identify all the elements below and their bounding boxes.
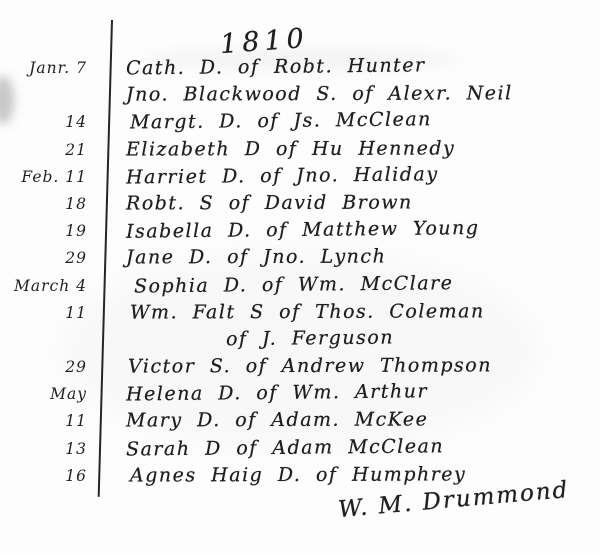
register-entry-row: 14 Margt. D. of Js. McClean: [0, 110, 600, 137]
entry-text: Robt. S of David Brown: [100, 191, 413, 214]
entry-text: Cath. D. of Robt. Hunter: [100, 54, 426, 79]
entry-date: Feb. 11: [0, 168, 100, 186]
register-entry-row: 29 Victor S. of Andrew Thompson: [0, 355, 600, 382]
entry-date: 29: [0, 249, 100, 267]
register-entry-row: 11 Wm. Falt S of Thos. Coleman: [0, 301, 600, 328]
entry-date: 19: [0, 222, 100, 240]
entry-date: 14: [0, 113, 100, 131]
register-page: 1810 Janr. 7 Cath. D. of Robt. Hunter Jn…: [0, 0, 600, 553]
entry-date: 11: [0, 412, 100, 430]
entry-text: Agnes Haig D. of Humphrey: [100, 463, 466, 486]
register-entry-row: March 4 Sophia D. of Wm. McClare: [0, 274, 600, 301]
entry-text: Isabella D. of Matthew Young: [100, 217, 480, 243]
register-entry-row: Jno. Blackwood S. of Alexr. Neil: [0, 83, 600, 110]
register-entry-row: 29 Jane D. of Jno. Lynch: [0, 246, 600, 273]
entry-text: Harriet D. of Jno. Haliday: [100, 163, 439, 189]
register-entry-row: 11 Mary D. of Adam. McKee: [0, 409, 600, 436]
register-entry-row: Feb. 11 Harriet D. of Jno. Haliday: [0, 165, 600, 192]
entry-date: May: [0, 385, 100, 403]
entry-text: Sarah D of Adam McClean: [100, 435, 444, 461]
entry-text: Wm. Falt S of Thos. Coleman: [100, 300, 485, 323]
entry-date: 11: [0, 304, 100, 322]
entry-date: Janr. 7: [0, 59, 100, 77]
entry-text: Helena D. of Wm. Arthur: [100, 381, 428, 406]
register-entry-row: May Helena D. of Wm. Arthur: [0, 382, 600, 409]
entry-text: Elizabeth D of Hu Hennedy: [100, 137, 455, 160]
entry-date: March 4: [0, 277, 100, 295]
entry-text: Jno. Blackwood S. of Alexr. Neil: [100, 82, 513, 105]
register-entry-row: Janr. 7 Cath. D. of Robt. Hunter: [0, 56, 600, 83]
entry-text: Margt. D. of Js. McClean: [100, 109, 432, 134]
register-entry-row: 21 Elizabeth D of Hu Hennedy: [0, 138, 600, 165]
entry-date: 29: [0, 358, 100, 376]
register-entry-row-continuation: of J. Ferguson: [0, 328, 600, 355]
register-entries: Janr. 7 Cath. D. of Robt. Hunter Jno. Bl…: [0, 56, 600, 491]
entry-date: 21: [0, 141, 100, 159]
entry-date: 18: [0, 195, 100, 213]
entry-text: Mary D. of Adam. McKee: [100, 409, 428, 432]
entry-date: 16: [0, 467, 100, 485]
register-entry-row: 13 Sarah D of Adam McClean: [0, 437, 600, 464]
year-heading: 1810: [219, 23, 310, 60]
entry-text: Victor S. of Andrew Thompson: [100, 354, 492, 377]
entry-text: Jane D. of Jno. Lynch: [100, 246, 386, 269]
register-entry-row: 18 Robt. S of David Brown: [0, 192, 600, 219]
entry-date: 13: [0, 440, 100, 458]
entry-text: Sophia D. of Wm. McClare: [100, 272, 454, 298]
register-entry-row: 19 Isabella D. of Matthew Young: [0, 219, 600, 246]
entry-text: of J. Ferguson: [100, 326, 394, 351]
